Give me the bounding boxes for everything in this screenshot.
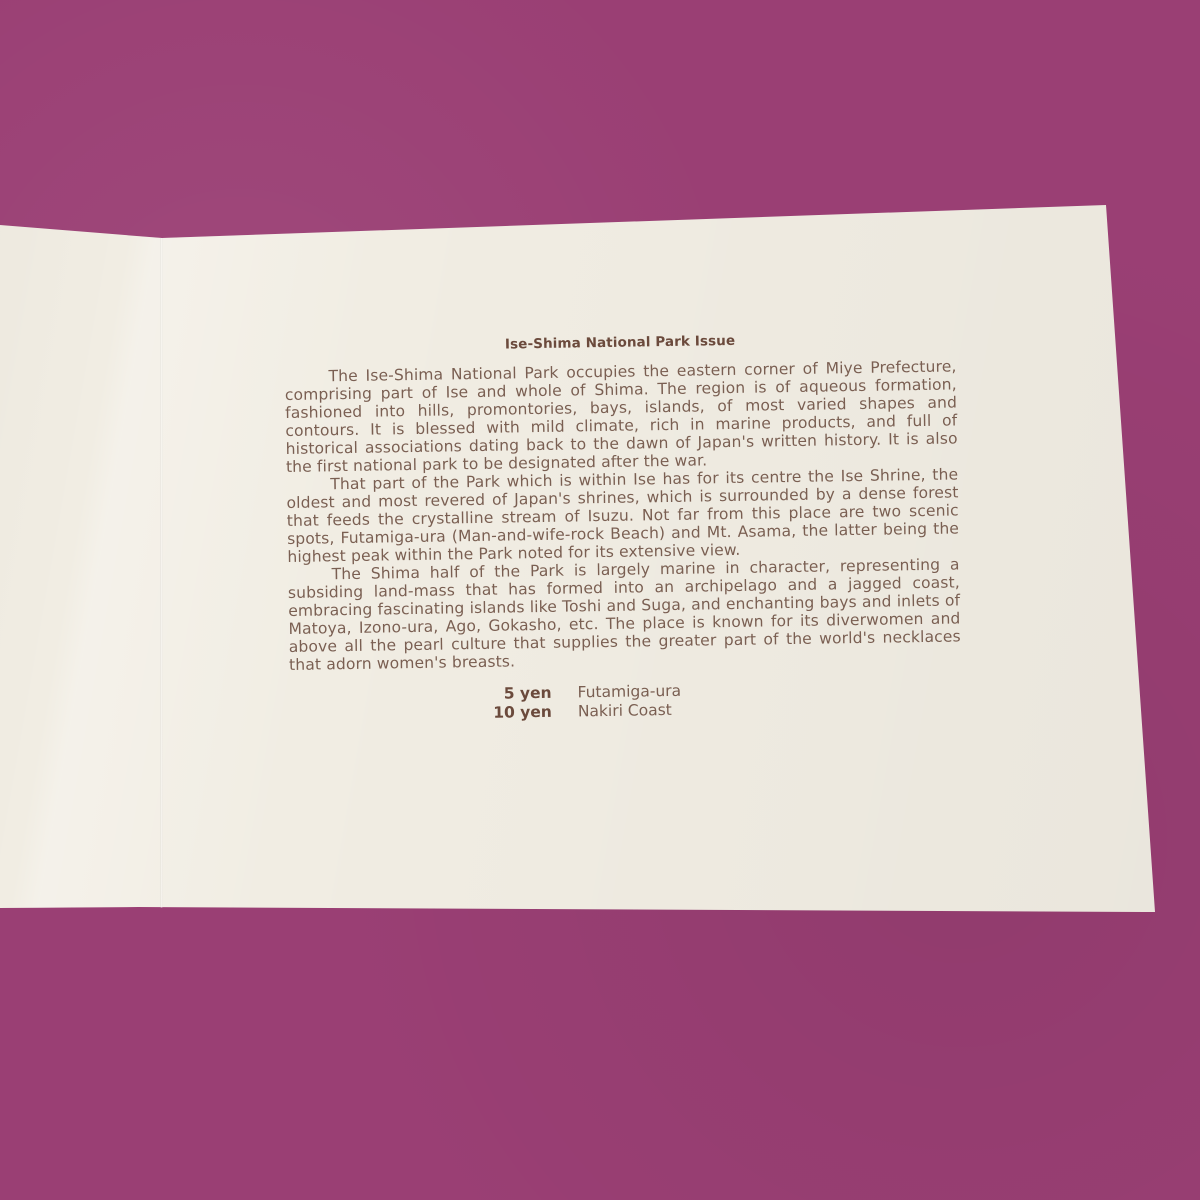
stamp-denomination: 5 yen: [465, 684, 551, 704]
stamp-values-list: 5 yen Futamiga-ura 10 yen Nakiri Coast: [465, 677, 962, 723]
document-text: Ise-Shima National Park Issue The Ise-Sh…: [284, 329, 962, 726]
stamp-subject: Nakiri Coast: [578, 701, 672, 721]
paper-fold-crease: [160, 238, 163, 908]
paragraph-3: The Shima half of the Park is largely ma…: [288, 555, 962, 674]
stamp-denomination: 10 yen: [466, 703, 552, 723]
paragraph-1: The Ise-Shima National Park occupies the…: [284, 357, 958, 476]
stamp-subject: Futamiga-ura: [577, 682, 681, 703]
paragraph-2: That part of the Park which is within Is…: [286, 465, 959, 566]
